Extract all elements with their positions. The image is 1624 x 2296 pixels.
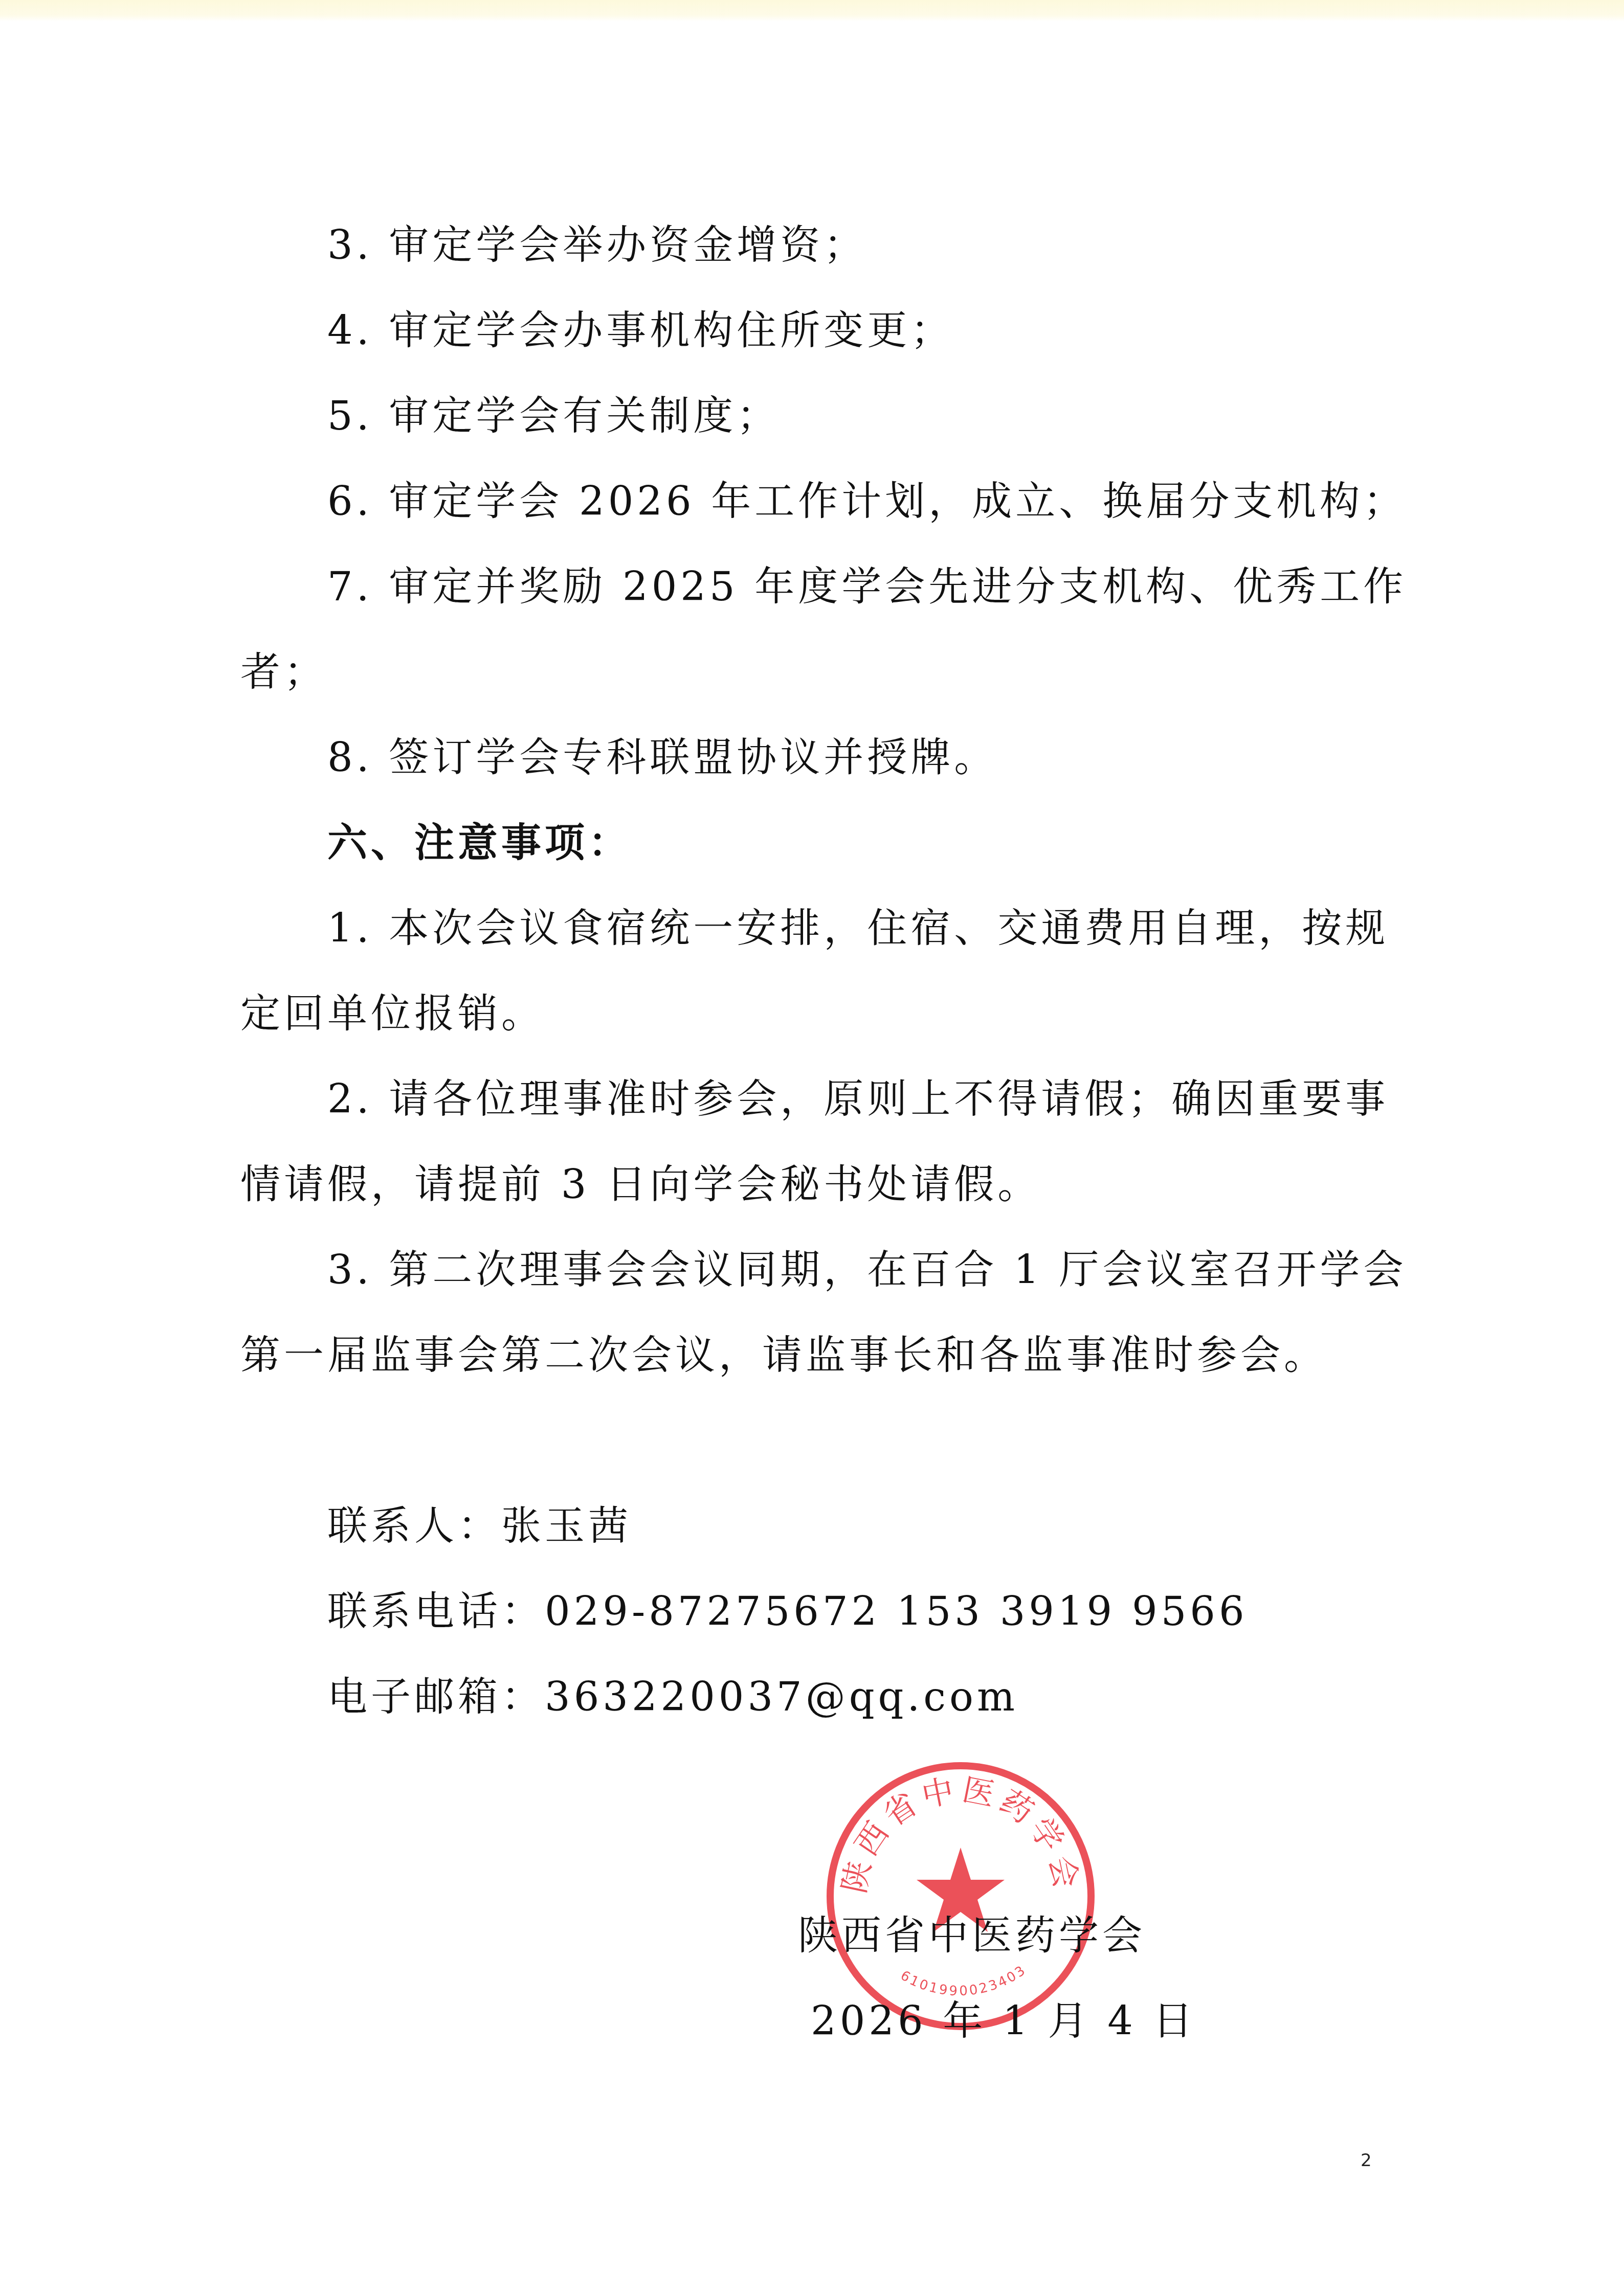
agenda-item-4: 4. 审定学会办事机构住所变更； [327,305,954,356]
contact-phone: 联系电话：029-87275672 153 3919 9566 [327,1586,1248,1637]
page-number: 2 [1361,2150,1372,2171]
section-heading: 六、注意事项： [327,818,632,869]
note-1-cont: 定回单位报销。 [240,988,545,1040]
agenda-item-8: 8. 签订学会专科联盟协议并授牌。 [327,732,997,783]
scan-edge [0,0,1624,21]
signature-date: 2026 年 1 月 4 日 [811,1996,1196,2047]
contact-person: 联系人：张玉茜 [327,1501,632,1552]
contact-email[interactable]: 电子邮箱：363220037@qq.com [327,1672,1018,1723]
note-3-cont: 第一届监事会第二次会议，请监事长和各监事准时参会。 [240,1330,1327,1381]
note-2: 2. 请各位理事准时参会，原则上不得请假；确因重要事 [327,1074,1389,1125]
note-2-cont: 情请假，请提前 3 日向学会秘书处请假。 [240,1159,1041,1210]
agenda-item-7: 7. 审定并奖励 2025 年度学会先进分支机构、优秀工作 [327,561,1407,613]
agenda-item-6: 6. 审定学会 2026 年工作计划，成立、换届分支机构； [327,476,1407,527]
signature-organization: 陕西省中医药学会 [798,1910,1146,1962]
note-3: 3. 第二次理事会会议同期，在百合 1 厅会议室召开学会 [327,1245,1407,1296]
note-1: 1. 本次会议食宿统一安排，住宿、交通费用自理，按规 [327,903,1389,954]
official-seal-icon: 陕西省中医药学会 6101990023403 [822,1758,1099,2034]
agenda-item-5: 5. 审定学会有关制度； [327,391,780,442]
agenda-item-7-cont: 者； [240,647,327,698]
svg-text:6101990023403: 6101990023403 [898,1962,1030,1999]
agenda-item-3: 3. 审定学会举办资金增资； [327,220,867,271]
